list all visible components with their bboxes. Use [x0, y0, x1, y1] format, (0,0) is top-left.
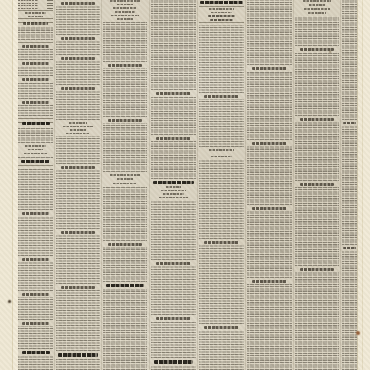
gutter-rule: [149, 0, 150, 370]
article-text-block: [151, 141, 196, 179]
article-text-block: [247, 284, 292, 370]
section-heading: [156, 317, 191, 320]
article-text-block: [18, 127, 53, 143]
article-text-block: [56, 358, 100, 370]
divider-rule: [199, 6, 244, 7]
verse-line: [25, 145, 46, 147]
headline-bar: [200, 1, 243, 4]
article-text-block: [103, 123, 147, 172]
section-heading: [252, 67, 287, 70]
centered-lines: [201, 149, 242, 157]
article-text-block: [295, 122, 339, 181]
section-heading: [61, 57, 95, 60]
agate-table: [18, 0, 53, 9]
left-page-margin: [0, 0, 18, 370]
verse-line: [69, 122, 87, 124]
verse-line: [166, 186, 182, 188]
verse-line: [28, 149, 42, 151]
article-text-block: [342, 126, 357, 245]
article-text-block: [56, 290, 100, 351]
verse-line: [308, 12, 326, 14]
article-text-block: [56, 6, 100, 35]
divider-rule: [199, 22, 244, 23]
article-text-block: [199, 25, 244, 93]
verse-line: [309, 4, 326, 6]
section-heading: [210, 19, 233, 21]
gutter-rule: [54, 0, 55, 370]
section-heading: [204, 326, 239, 329]
table-entry-dash: [18, 8, 38, 9]
article-text-block: [56, 61, 100, 85]
article-text-block: [295, 272, 339, 370]
article-text-block: [18, 262, 53, 291]
section-heading: [22, 212, 49, 215]
article-text-block: [56, 91, 100, 120]
headline-bar: [22, 351, 50, 354]
newspaper-column: [103, 0, 147, 370]
table-row: [18, 0, 53, 1]
divider-rule: [18, 165, 53, 166]
newspaper-column: [199, 0, 244, 370]
section-heading: [156, 92, 191, 95]
verse-line: [209, 8, 233, 10]
section-heading: [156, 262, 191, 265]
article-text-block: [103, 289, 147, 370]
headline-bar: [21, 160, 51, 163]
verse-line: [163, 193, 184, 195]
section-heading: [22, 62, 49, 65]
section-heading: [22, 78, 49, 81]
article-text-block: [56, 170, 100, 229]
headline-bar: [106, 284, 143, 287]
headline-bar: [22, 122, 50, 125]
article-text-block: [247, 146, 292, 205]
table-entry-dash: [18, 5, 38, 6]
article-text-block: [18, 26, 53, 40]
section-heading: [22, 258, 49, 261]
section-heading: [252, 142, 287, 145]
verse-line: [110, 174, 139, 176]
gutter-rule: [101, 0, 102, 370]
section-heading: [300, 268, 334, 271]
article-text-block: [103, 247, 147, 282]
newspaper-column: [18, 0, 53, 370]
table-row: [18, 3, 53, 4]
verse-line: [117, 4, 132, 6]
newspaper-column: [342, 0, 357, 370]
headline-bar: [58, 353, 98, 357]
article-text-block: [151, 321, 196, 358]
article-text-block: [56, 235, 100, 284]
text-columns-area: [0, 0, 370, 370]
section-heading: [300, 118, 334, 121]
article-text-block: [342, 0, 357, 120]
article-text-block: [247, 0, 292, 65]
newspaper-column: [151, 0, 196, 370]
ink-stain: [356, 331, 360, 335]
article-text-block: [342, 251, 357, 370]
section-heading: [156, 137, 191, 140]
article-text-block: [247, 71, 292, 140]
verse-line: [25, 12, 46, 14]
centered-lines: [58, 122, 99, 134]
table-number: [47, 8, 53, 9]
gutter-rule: [293, 0, 294, 370]
article-text-block: [151, 266, 196, 315]
table-number: [47, 0, 53, 1]
verse-line: [113, 7, 136, 9]
table-entry-dash: [18, 0, 38, 1]
verse-line: [211, 156, 232, 158]
section-heading: [108, 243, 142, 246]
article-text-block: [18, 82, 53, 99]
headline-bar: [153, 181, 194, 184]
article-text-block: [56, 41, 100, 55]
verse-line: [303, 0, 331, 2]
article-text-block: [18, 156, 53, 158]
verse-line: [117, 178, 132, 180]
section-heading: [252, 207, 287, 210]
verse-line: [111, 15, 139, 17]
article-text-block: [295, 187, 339, 266]
section-heading: [343, 247, 357, 249]
gutter-rule: [197, 0, 198, 370]
ink-stain: [329, 51, 331, 53]
section-heading: [22, 45, 49, 48]
newspaper-column: [247, 0, 292, 370]
section-heading: [204, 95, 239, 98]
table-entry-dash: [18, 3, 38, 4]
article-text-block: [103, 186, 147, 241]
section-heading: [108, 119, 142, 122]
newspaper-column: [56, 0, 100, 370]
article-text-block: [199, 330, 244, 370]
article-text-block: [247, 211, 292, 278]
verse-line: [110, 0, 139, 2]
verse-line: [113, 183, 136, 185]
article-text-block: [199, 245, 244, 324]
article-text-block: [18, 297, 53, 320]
article-text-block: [18, 356, 53, 370]
article-text-block: [199, 159, 244, 239]
section-heading: [61, 87, 95, 90]
verse-line: [63, 126, 92, 128]
headline-bar: [154, 360, 194, 364]
verse-line: [211, 12, 232, 14]
article-text-block: [199, 99, 244, 147]
verse-line: [161, 190, 185, 192]
article-text-block: [18, 216, 53, 256]
verse-line: [209, 149, 233, 151]
article-text-block: [103, 22, 147, 62]
centered-lines: [105, 174, 146, 184]
article-text-block: [295, 52, 339, 116]
ink-stain: [8, 300, 11, 303]
article-text-block: [56, 136, 100, 164]
article-text-block: [295, 16, 339, 46]
article-text-block: [18, 66, 53, 76]
verse-line: [117, 18, 134, 20]
verse-line: [28, 16, 42, 18]
section-heading: [343, 122, 357, 124]
section-heading: [252, 280, 287, 283]
article-text-block: [18, 168, 53, 210]
article-text-block: [151, 365, 196, 370]
verse-line: [159, 197, 187, 199]
article-text-block: [151, 0, 196, 90]
article-text-block: [18, 105, 53, 116]
table-row: [18, 5, 53, 6]
section-heading: [61, 37, 95, 40]
section-heading: [61, 166, 95, 169]
article-text-block: [103, 68, 147, 117]
article-text-block: [151, 96, 196, 135]
divider-rule: [18, 10, 53, 11]
newspaper-column: [295, 0, 339, 370]
gutter-rule: [340, 0, 341, 370]
centered-lines: [19, 12, 51, 17]
verse-line: [115, 11, 135, 13]
section-heading: [22, 101, 49, 104]
table-row: [18, 8, 53, 9]
section-heading: [204, 241, 239, 244]
section-heading: [208, 15, 236, 17]
article-text-block: [18, 326, 53, 349]
section-heading: [61, 286, 95, 289]
verse-line: [24, 153, 47, 155]
verse-line: [66, 133, 89, 135]
table-number: [47, 5, 53, 6]
section-heading: [22, 322, 49, 325]
section-heading: [23, 22, 48, 25]
right-page-margin: [357, 0, 370, 370]
section-heading: [108, 64, 142, 67]
verse-line: [304, 8, 331, 10]
divider-rule: [18, 42, 53, 43]
section-heading: [300, 183, 334, 186]
table-number: [47, 3, 53, 4]
section-heading: [61, 2, 95, 5]
centered-lines: [297, 0, 338, 14]
section-heading: [61, 231, 95, 234]
centered-lines: [153, 186, 194, 198]
section-heading: [22, 293, 49, 296]
centered-lines: [201, 8, 242, 13]
gutter-rule: [245, 0, 246, 370]
centered-lines: [19, 145, 51, 154]
newspaper-page: [0, 0, 370, 370]
article-text-block: [151, 200, 196, 260]
article-text-block: [18, 49, 53, 60]
verse-line: [70, 129, 85, 131]
centered-lines: [105, 0, 146, 20]
